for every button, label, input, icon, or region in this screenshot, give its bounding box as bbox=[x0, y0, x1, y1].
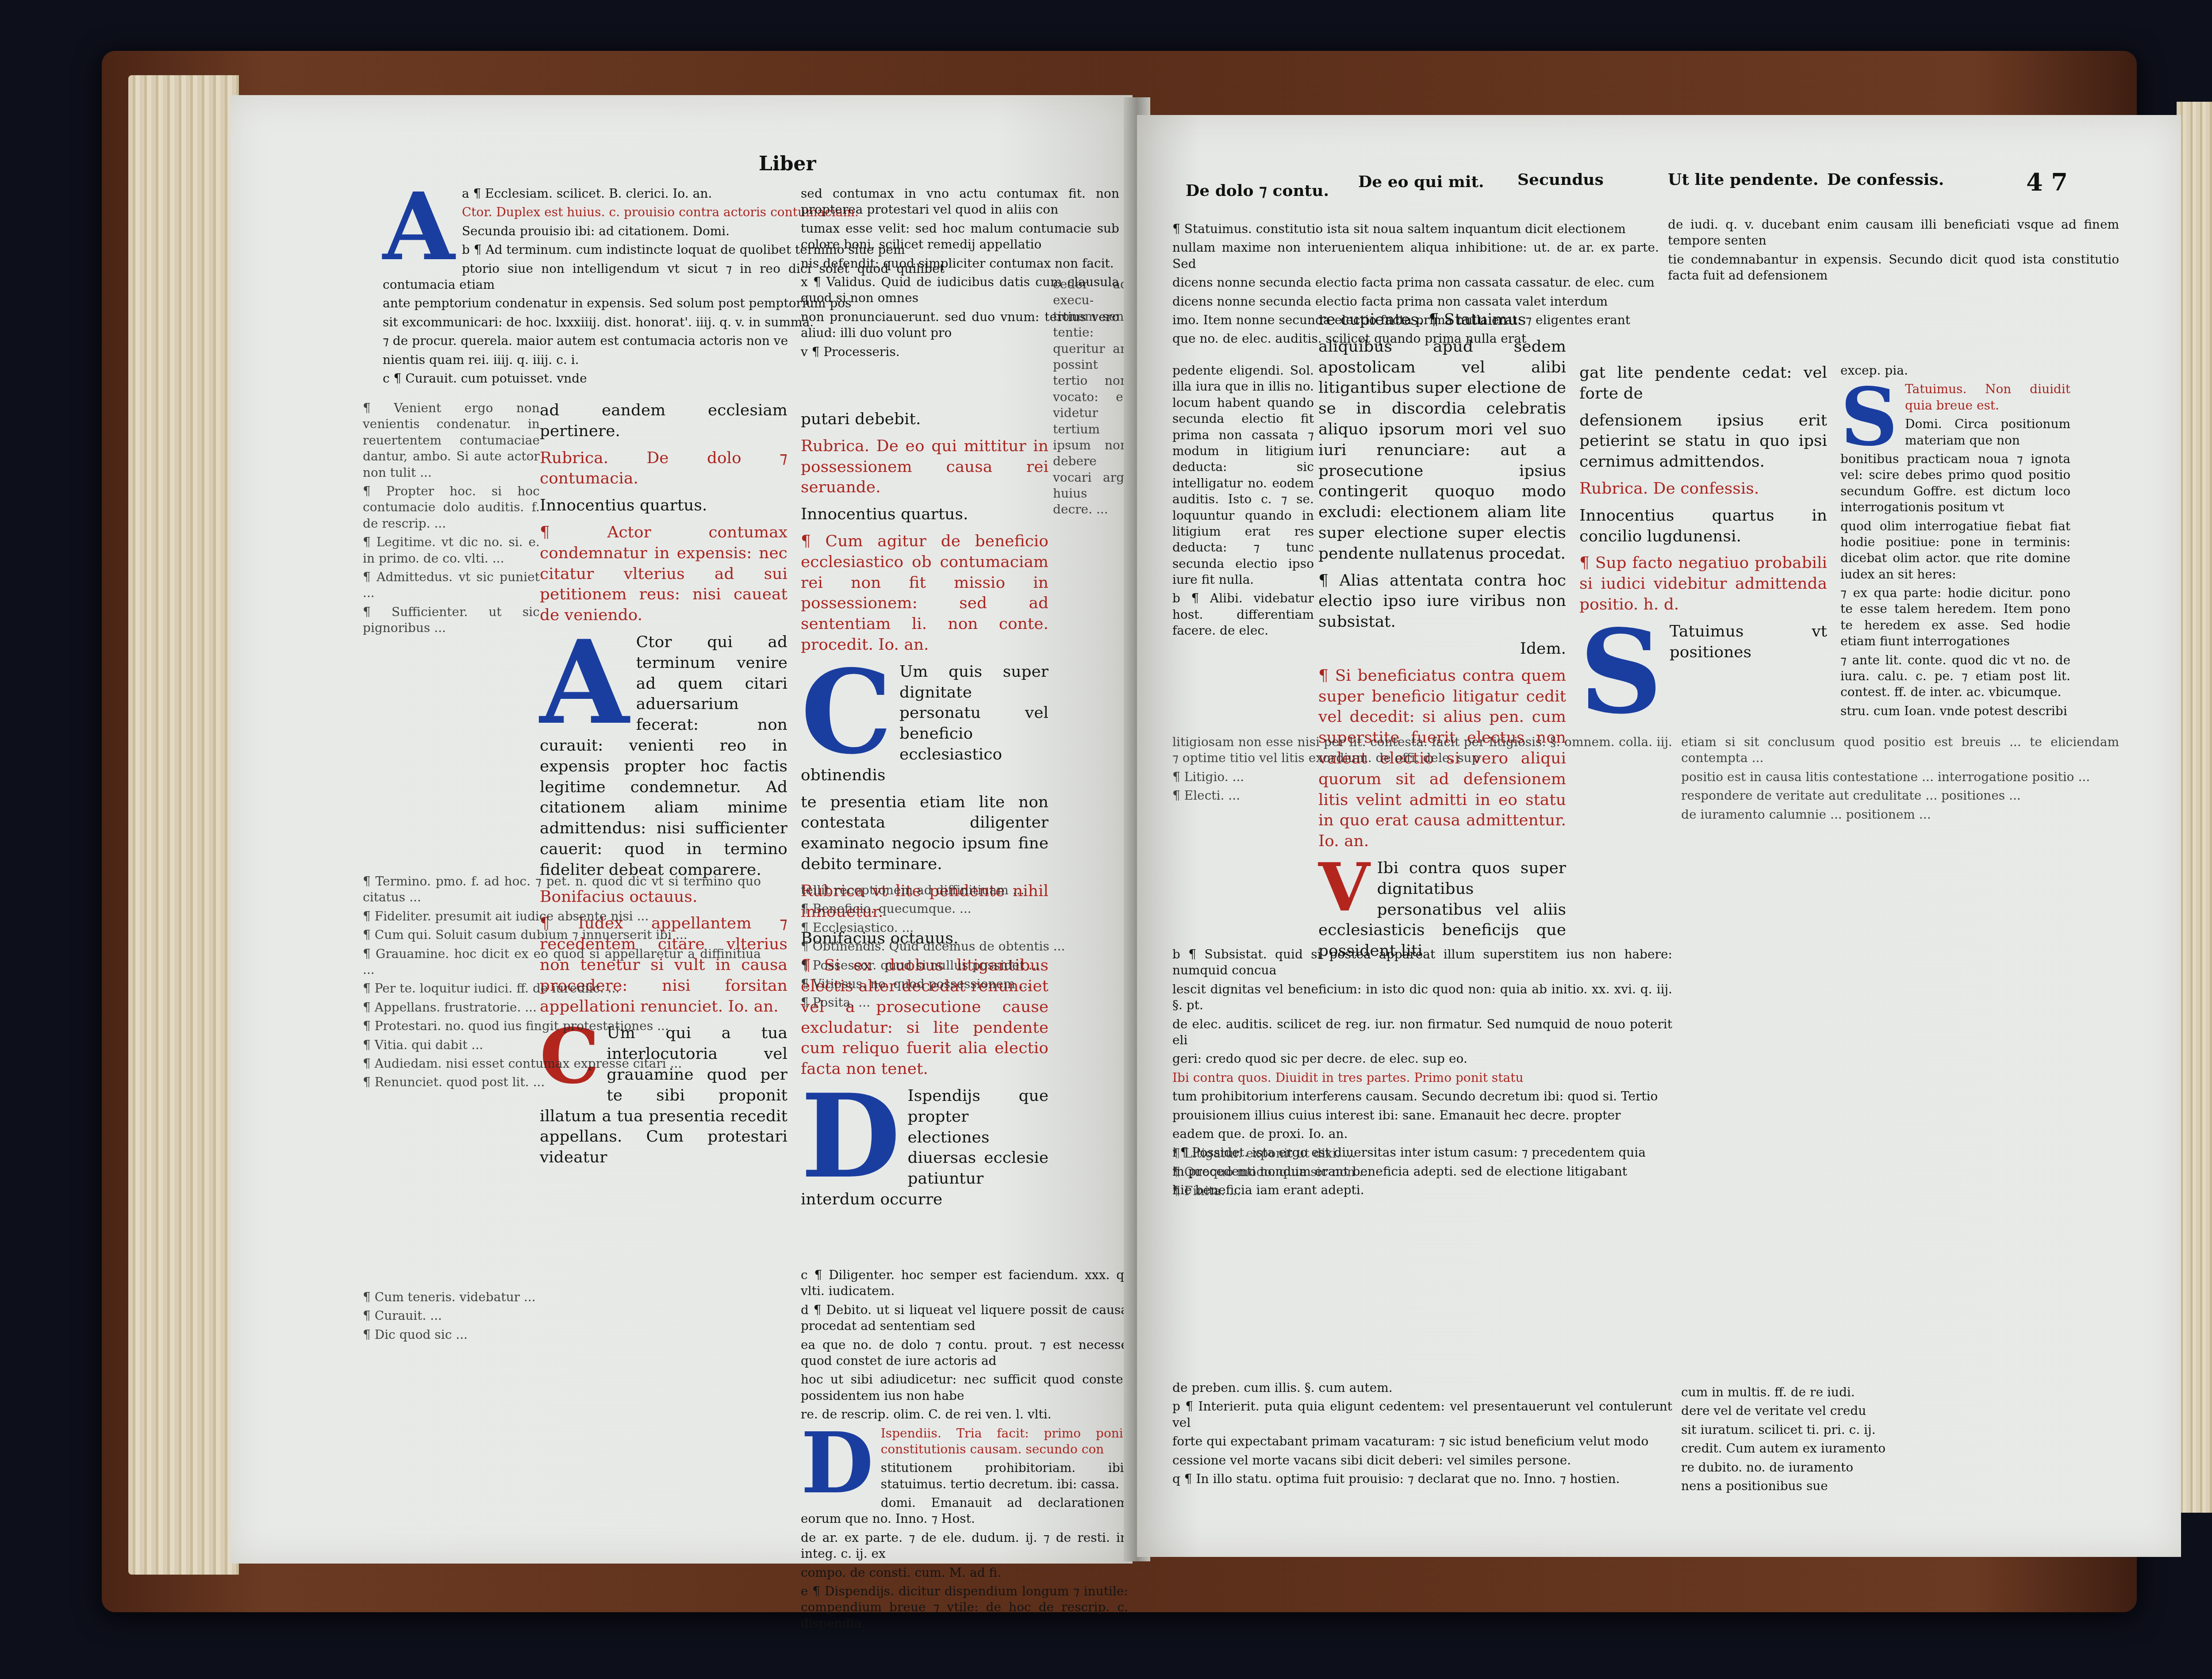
right-mid-gloss-1: litigiosam non esse nisi per lit. contes… bbox=[1172, 734, 1672, 807]
right-text-column-2: gat lite pendente cedat: vel forte de de… bbox=[1579, 363, 1827, 721]
left-text-column-2: putari debebit. Rubrica. De eo qui mitti… bbox=[801, 409, 1048, 1216]
running-head-liber: Liber bbox=[759, 153, 816, 175]
right-page-fore-edge bbox=[2177, 102, 2212, 1513]
folio-number: 4 7 bbox=[2026, 168, 2068, 196]
left-bottom-left-gloss: ¶ Cum teneris. videbatur ... ¶ Curauit. … bbox=[363, 1289, 770, 1345]
left-inner-gloss: ceder ad execu­tionem sen­tentie: querit… bbox=[1053, 276, 1128, 521]
left-lower-gloss-2: tellit receptionem ad diffinitiuam ... ¶… bbox=[801, 882, 1128, 1014]
left-lower-gloss: ¶ Termino. pmo. f. ad hoc. ⁊ pet. n. quo… bbox=[363, 874, 761, 1093]
right-bottom-right-gloss: cum in multis. ff. de re iudi. dere vel … bbox=[1681, 1384, 2119, 1497]
running-head-1: De dolo ⁊ contu. bbox=[1186, 181, 1329, 200]
running-head-4: Ut lite pendente. bbox=[1668, 170, 1819, 189]
left-bottom-gloss: c ¶ Diligenter. hoc semper est faciendum… bbox=[801, 1267, 1128, 1634]
right-bottom-gloss: de preben. cum illis. §. cum autem. p ¶ … bbox=[1172, 1380, 1672, 1490]
author-idem: Idem. bbox=[1318, 639, 1566, 659]
blue-initial-A: A bbox=[383, 188, 455, 267]
red-initial-V: V bbox=[1318, 860, 1370, 916]
right-lower-gloss: ¶ Litigatur. exponit ut dixi. ... ¶ Quoq… bbox=[1172, 1146, 1672, 1202]
blue-initial-S-2: S bbox=[1840, 383, 1898, 451]
blue-initial-D-2: D bbox=[801, 1427, 874, 1499]
running-head-3: Secundus bbox=[1517, 170, 1604, 189]
left-page-fore-edge bbox=[128, 75, 239, 1575]
running-head-2: De eo qui mit. bbox=[1358, 172, 1484, 191]
left-margin-gloss: ¶ Venient ergo non venientis condenatur.… bbox=[363, 400, 540, 639]
right-left-margin-gloss: pedente eligendi. Sol. illa iura que in … bbox=[1172, 363, 1314, 642]
author-innocentius: Innocentius quartus. bbox=[540, 495, 787, 516]
right-long-gloss: etiam si sit conclusum quod positio est … bbox=[1681, 734, 2119, 825]
right-page: De dolo ⁊ contu. De eo qui mit. Secundus… bbox=[1137, 115, 2181, 1557]
blue-initial-C: C bbox=[801, 663, 892, 761]
right-text-column-1: re cupientes. ¶ Statuimus aliquibus apud… bbox=[1318, 310, 1566, 968]
left-page: Liber A a ¶ Ecclesiam. scilicet. B. cler… bbox=[230, 95, 1133, 1564]
summary-red: ¶ Actor contumax condemnatur in expensis… bbox=[540, 522, 787, 626]
rubric-de-dolo: Rubrica. De dolo ⁊ contumacia. bbox=[540, 448, 787, 490]
blue-initial-S: S bbox=[1579, 623, 1663, 721]
rubric-de-confessis: Rubrica. De confessis. bbox=[1579, 479, 1827, 499]
blue-initial-D: D bbox=[801, 1088, 900, 1185]
blue-initial-A-2: A bbox=[540, 634, 629, 732]
right-top-right-gloss: de iudi. q. v. ducebant enim causam illi… bbox=[1668, 217, 2119, 287]
running-head-5: De confessis. bbox=[1827, 170, 1944, 189]
rubric-de-eo-qui: Rubrica. De eo qui mittitur in possessio… bbox=[801, 436, 1048, 498]
right-far-gloss: excep. pia. S Tatuimus. Non diuidit quia… bbox=[1840, 363, 2070, 722]
